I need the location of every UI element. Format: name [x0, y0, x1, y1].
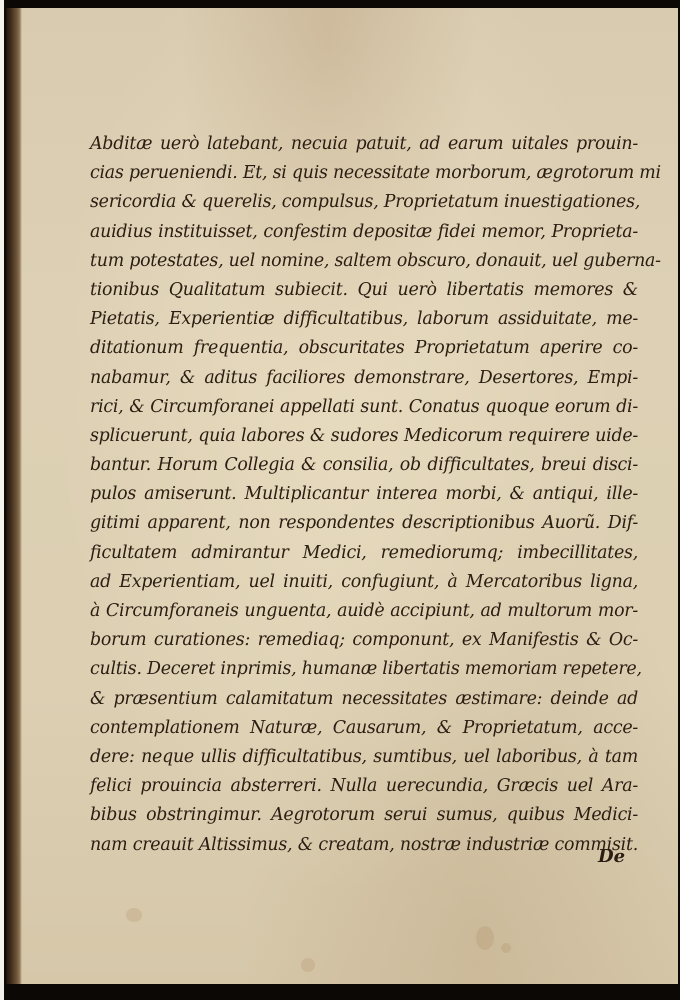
paper-stain: [301, 958, 315, 972]
text-line: tionibus Qualitatum subiecit. Qui uerò l…: [90, 276, 638, 305]
book-binding-edge: [6, 8, 22, 984]
catchword: De: [598, 846, 625, 867]
text-line: cias perueniendi. Et, si quis necessitat…: [90, 159, 638, 188]
scan-edge: [0, 0, 4, 1000]
text-line: Abditæ uerò latebant, necuia patuit, ad …: [90, 130, 638, 159]
text-line: auidius instituisset, confestim depositæ…: [90, 218, 638, 247]
body-text: Abditæ uerò latebant, necuia patuit, ad …: [90, 130, 638, 860]
text-line: gitimi apparent, non respondentes descri…: [90, 509, 638, 538]
text-line: borum curationes: remediaq; componunt, e…: [90, 626, 638, 655]
paper-stain: [126, 908, 142, 922]
text-line: à Circumforaneis unguenta, auidè accipiu…: [90, 597, 638, 626]
text-line: pulos amiserunt. Multiplicantur interea …: [90, 480, 638, 509]
text-line: ditationum frequentia, obscuritates Prop…: [90, 334, 638, 363]
paper-stain: [476, 926, 494, 950]
text-line: splicuerunt, quia labores & sudores Medi…: [90, 422, 638, 451]
text-line: sericordia & querelis, compulsus, Propri…: [90, 188, 638, 217]
text-line: bibus obstringimur. Aegrotorum serui sum…: [90, 801, 638, 830]
text-line: & præsentium calamitatum necessitates æs…: [90, 685, 638, 714]
text-line: dere: neque ullis difficultatibus, sumti…: [90, 743, 638, 772]
text-line: nabamur, & aditus faciliores demonstrare…: [90, 364, 638, 393]
text-line: felici prouincia absterreri. Nulla uerec…: [90, 772, 638, 801]
scanned-page-image: Abditæ uerò latebant, necuia patuit, ad …: [0, 0, 680, 1000]
text-line: nam creauit Altissimus, & creatam, nostr…: [90, 831, 638, 860]
text-line: tum potestates, uel nomine, saltem obscu…: [90, 247, 638, 276]
paper-stain: [501, 943, 511, 953]
book-page: Abditæ uerò latebant, necuia patuit, ad …: [6, 8, 678, 984]
text-line: ficultatem admirantur Medici, remediorum…: [90, 539, 638, 568]
text-line: Pietatis, Experientiæ difficultatibus, l…: [90, 305, 638, 334]
text-line: cultis. Deceret inprimis, humanæ liberta…: [90, 655, 638, 684]
text-line: bantur. Horum Collegia & consilia, ob di…: [90, 451, 638, 480]
text-line: rici, & Circumforanei appellati sunt. Co…: [90, 393, 638, 422]
text-line: contemplationem Naturæ, Causarum, & Prop…: [90, 714, 638, 743]
text-line: ad Experientiam, uel inuiti, confugiunt,…: [90, 568, 638, 597]
